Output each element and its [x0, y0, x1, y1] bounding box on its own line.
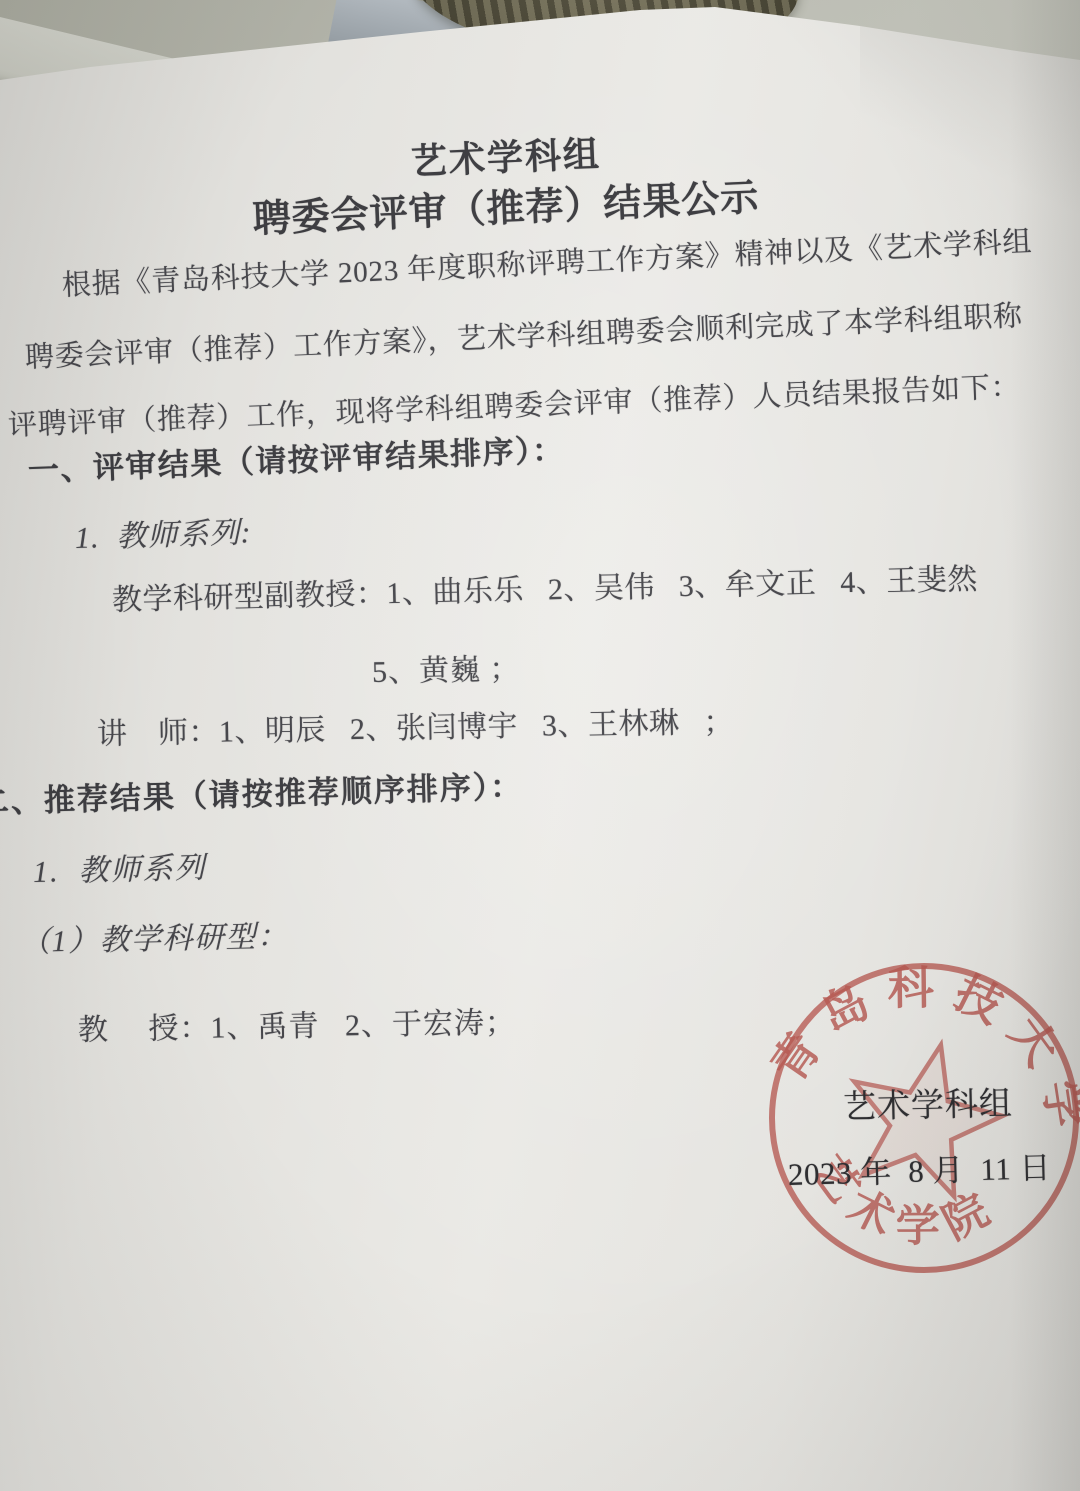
professor-line: 教 授：1、禹青 2、于宏涛；: [78, 1004, 517, 1049]
recommend-series-item: 1. 教师系列: [33, 849, 207, 891]
signature-date: 2023 年 8 月 11 日: [787, 1149, 1051, 1195]
photo-scene: 艺术学科组 聘委会评审（推荐）结果公示 根据《青岛科技大学 2023 年度职称评…: [0, 0, 1080, 1491]
lecturer-line: 讲 师：1、明辰 2、张闫博宇 3、王林琳 ；: [97, 704, 735, 754]
document-body: 艺术学科组 聘委会评审（推荐）结果公示 根据《青岛科技大学 2023 年度职称评…: [0, 0, 1080, 1491]
review-series-item: 1. 教师系列:: [74, 514, 252, 557]
section-recommend-heading: 二、推荐结果（请按推荐顺序排序）：: [0, 768, 524, 823]
assoc-professor-line: 教学科研型副教授：1、曲乐乐 2、吴伟 3、牟文正 4、王斐然: [112, 561, 979, 620]
assoc-professor-continued: 5、黄巍 ；: [372, 651, 521, 692]
signature-group: 艺术学科组: [843, 1084, 1014, 1129]
announcement-paper: 艺术学科组 聘委会评审（推荐）结果公示 根据《青岛科技大学 2023 年度职称评…: [0, 0, 1080, 1491]
paragraph-line-2: 聘委会评审（推荐）工作方案》，艺术学科组聘委会顺利完成了本学科组职称: [24, 298, 1023, 376]
recommend-type-item: （1）教学科研型：: [20, 918, 289, 962]
